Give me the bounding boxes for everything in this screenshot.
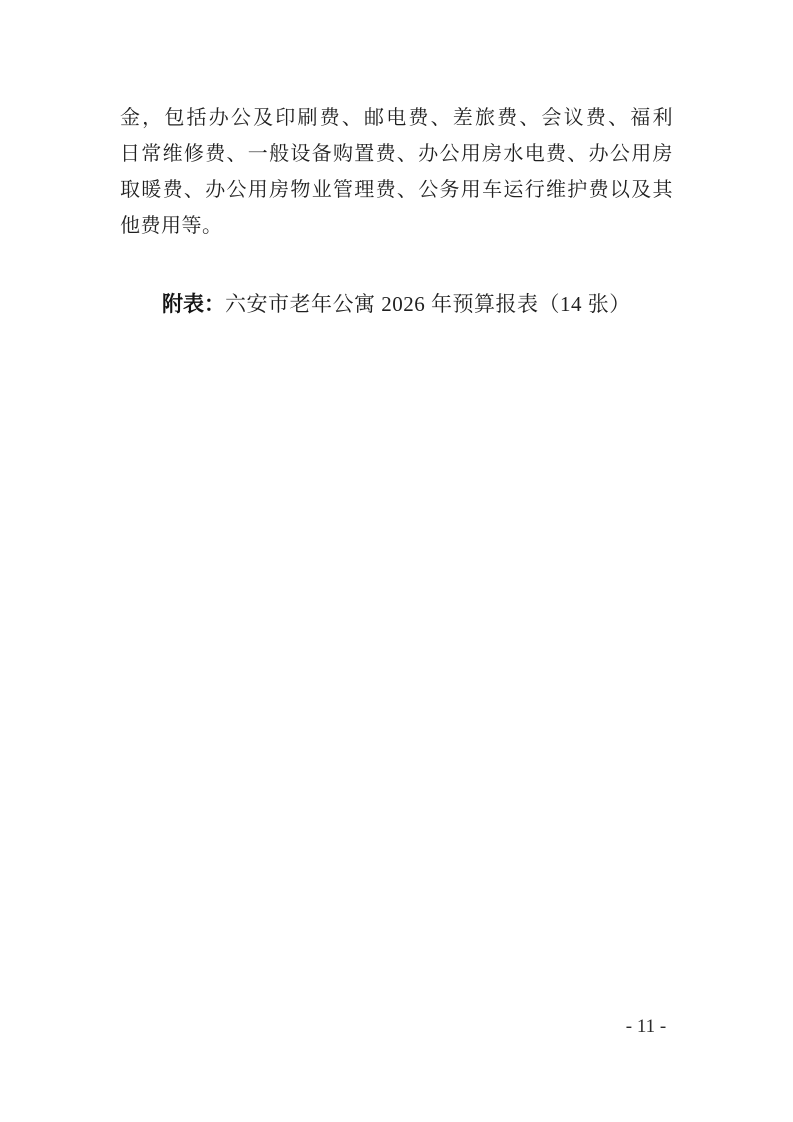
attachment-label: 附表： [162,293,225,316]
attachment-line: 附表：六安市老年公寓 2026 年预算报表（14 张） [162,286,631,322]
body-paragraph: 金，包括办公及印刷费、邮电费、差旅费、会议费、福利费、 日常维修费、一般设备购置… [120,100,673,244]
page-number: - 11 - [610,1014,682,1040]
paragraph-line-3: 取暖费、办公用房物业管理费、公务用车运行维护费以及其 [120,172,673,208]
document-page: 金，包括办公及印刷费、邮电费、差旅费、会议费、福利费、 日常维修费、一般设备购置… [0,0,793,1122]
paragraph-line-4: 他费用等。 [120,208,673,244]
paragraph-line-1: 金，包括办公及印刷费、邮电费、差旅费、会议费、福利费、 [120,100,673,136]
attachment-text: 六安市老年公寓 2026 年预算报表（14 张） [225,292,631,316]
paragraph-line-2: 日常维修费、一般设备购置费、办公用房水电费、办公用房 [120,136,673,172]
